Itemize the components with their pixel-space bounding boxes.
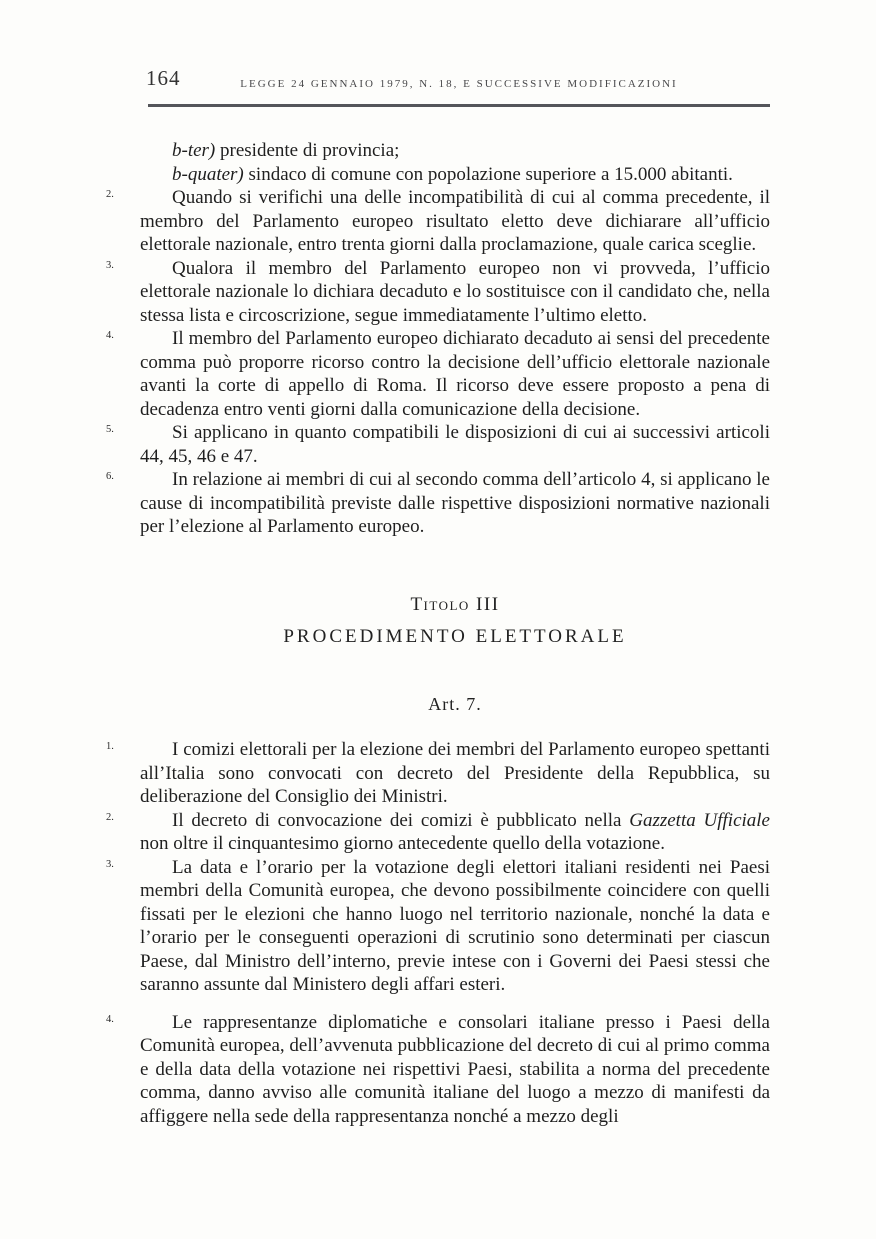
- paragraph-number: 4.: [106, 330, 132, 342]
- running-header: LEGGE 24 GENNAIO 1979, N. 18, E SUCCESSI…: [148, 78, 770, 90]
- titolo-heading: Titolo III: [140, 593, 770, 617]
- paragraph-text: I comizi elettorali per la elezione dei …: [140, 739, 770, 807]
- paragraph-text: Il decreto di convocazione dei comizi è …: [140, 810, 770, 855]
- paragraph-comma-2: 2.Quando si verifichi una delle incompat…: [140, 186, 770, 257]
- paragraph-comma-3: 3.Qualora il membro del Parlamento europ…: [140, 257, 770, 328]
- section-title-heading: PROCEDIMENTO ELETTORALE: [140, 625, 770, 649]
- paragraph-text: In relazione ai membri di cui al secondo…: [140, 469, 770, 537]
- paragraph-number: 5.: [106, 424, 132, 436]
- body-text-column: b-ter) presidente di provincia; b-quater…: [140, 139, 770, 1128]
- paragraph-number: 3.: [106, 260, 132, 272]
- paragraph-text: Il membro del Parlamento europeo dichiar…: [140, 328, 770, 420]
- paragraph-text: La data e l’orario per la votazione degl…: [140, 857, 770, 996]
- paragraph-comma-6: 6.In relazione ai membri di cui al secon…: [140, 468, 770, 539]
- list-item-b-quater: b-quater) sindaco di comune con popolazi…: [140, 163, 770, 187]
- paragraph-text: Le rappresentanze diplomatiche e consola…: [140, 1012, 770, 1127]
- paragraph-number: 2.: [106, 812, 132, 824]
- article7-paragraph-2: 2.Il decreto di convocazione dei comizi …: [140, 809, 770, 856]
- paragraph-comma-4: 4.Il membro del Parlamento europeo dichi…: [140, 327, 770, 421]
- book-page: 164 LEGGE 24 GENNAIO 1979, N. 18, E SUCC…: [0, 0, 876, 1239]
- list-item-b-ter: b-ter) presidente di provincia;: [140, 139, 770, 163]
- paragraph-number: 6.: [106, 471, 132, 483]
- paragraph-comma-5: 5.Si applicano in quanto compatibili le …: [140, 421, 770, 468]
- header-rule: [148, 104, 770, 107]
- paragraph-text: Si applicano in quanto compatibili le di…: [140, 422, 770, 467]
- paragraph-number: 2.: [106, 189, 132, 201]
- paragraph-number: 1.: [106, 741, 132, 753]
- paragraph-text: Quando si verifichi una delle incompatib…: [140, 187, 770, 255]
- article-heading: Art. 7.: [140, 693, 770, 717]
- article7-paragraph-1: 1.I comizi elettorali per la elezione de…: [140, 738, 770, 809]
- article7-paragraph-4: 4.Le rappresentanze diplomatiche e conso…: [140, 1011, 770, 1129]
- paragraph-text: Qualora il membro del Parlamento europeo…: [140, 258, 770, 326]
- paragraph-number: 4.: [106, 1014, 132, 1026]
- article7-paragraph-3: 3.La data e l’orario per la votazione de…: [140, 856, 770, 997]
- paragraph-number: 3.: [106, 859, 132, 871]
